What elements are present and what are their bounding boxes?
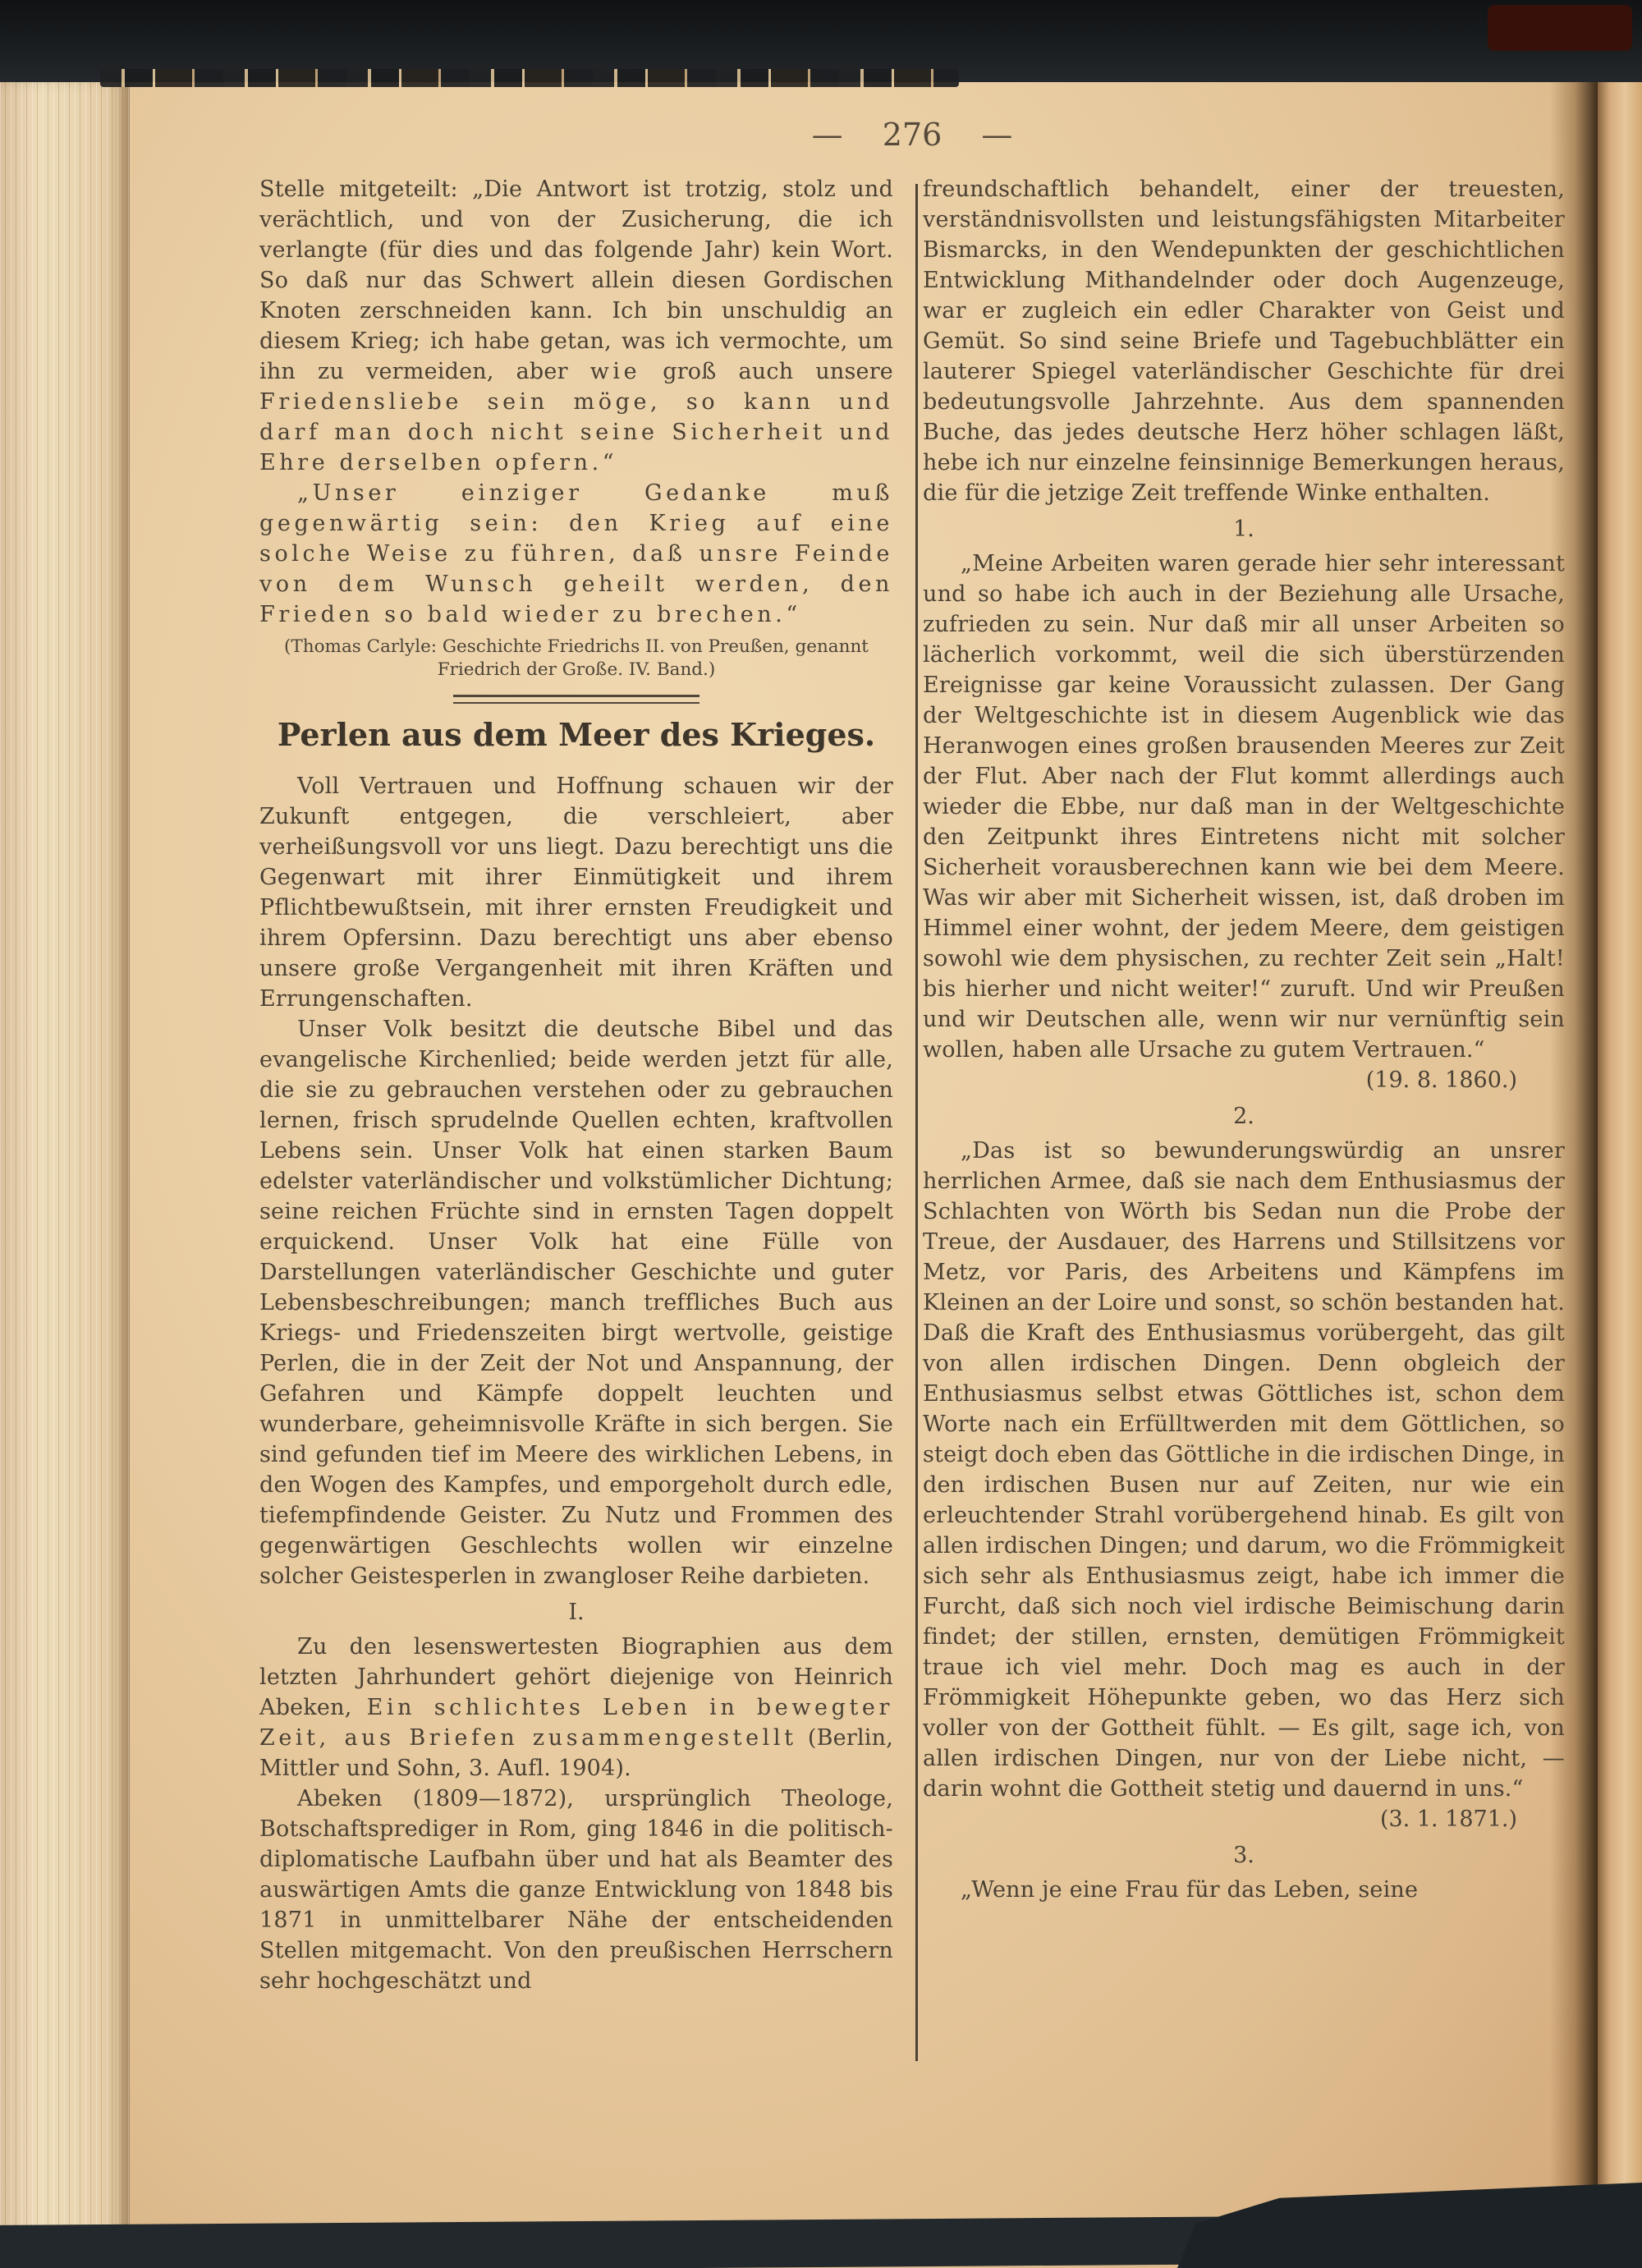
text-segment: „Meine Arbeiten waren gerade hier sehr i… (923, 551, 1565, 1063)
column-left: Stelle mitgeteilt: „Die Antwort ist trot… (259, 174, 893, 1996)
body-paragraph: „Wenn je eine Frau für das Leben, seine (923, 1875, 1565, 1905)
quote-date: (19. 8. 1860.) (923, 1065, 1565, 1095)
page-number: — 276 — (259, 117, 1565, 153)
text-segment: „Das ist so bewunderungswürdig an unsrer… (923, 1138, 1565, 1802)
column-divider-rule (915, 184, 918, 2061)
section-number: I. (259, 1600, 893, 1625)
cover-corner-topright (1488, 5, 1632, 51)
text-segment: Unser Volk besitzt die deutsche Bibel un… (259, 1017, 893, 1589)
section-number: 1. (923, 516, 1565, 542)
binding-band-bottom (0, 2216, 1322, 2268)
book-page-scan: — 276 — Stelle mitgeteilt: „Die Antwort … (0, 0, 1642, 2268)
section-divider-rule (453, 695, 699, 704)
quote-date: (3. 1. 1871.) (923, 1804, 1565, 1834)
page-sheet: — 276 — Stelle mitgeteilt: „Die Antwort … (0, 80, 1598, 2268)
text-segment: wie (590, 359, 641, 384)
body-paragraph: Stelle mitgeteilt: „Die Antwort ist trot… (259, 174, 893, 478)
body-paragraph: Unser Volk besitzt die deutsche Bibel un… (259, 1014, 893, 1591)
section-number: 2. (923, 1104, 1565, 1129)
text-segment: groß auch unsere (640, 359, 893, 384)
adjacent-page-edge (1596, 0, 1642, 2268)
body-paragraph: Abeken (1809—1872), ursprünglich Theolog… (259, 1784, 893, 1996)
text-segment: Voll Vertrauen und Hoffnung schauen wir … (259, 774, 893, 1012)
body-paragraph: freundschaftlich behandelt, einer der tr… (923, 174, 1565, 508)
gutter-shadow (1550, 80, 1598, 2268)
column-right: freundschaftlich behandelt, einer der tr… (923, 174, 1565, 1905)
article-title: Perlen aus dem Meer des Krieges. (259, 715, 893, 755)
text-segment: Friedensliebe sein möge, so kann und dar… (259, 389, 893, 475)
body-paragraph: Voll Vertrauen und Hoffnung schauen wir … (259, 771, 893, 1014)
page-stack-edge-left (0, 80, 130, 2268)
text-segment: Abeken (1809—1872), ursprünglich Theolog… (259, 1786, 893, 1994)
body-paragraph: „Das ist so bewunderungswürdig an unsrer… (923, 1136, 1565, 1804)
body-paragraph: „Meine Arbeiten waren gerade hier sehr i… (923, 549, 1565, 1065)
body-paragraph: „Unser einziger Gedanke muß gegenwärtig … (259, 478, 893, 630)
binding-debris-strip (100, 69, 959, 87)
section-number: 3. (923, 1843, 1565, 1868)
text-segment: freundschaftlich behandelt, einer der tr… (923, 177, 1565, 506)
text-segment: „Wenn je eine Frau für das Leben, seine (961, 1877, 1418, 1903)
body-paragraph: Zu den lesenswertesten Biographien aus d… (259, 1632, 893, 1784)
source-citation: (Thomas Carlyle: Geschichte Friedrichs I… (271, 636, 882, 682)
text-segment: Stelle mitgeteilt: „Die Antwort ist trot… (259, 177, 893, 384)
text-segment: „Unser einziger Gedanke muß gegenwärtig … (259, 480, 893, 627)
screenshot-root: { "page": { "number": "276", "number_dis… (0, 0, 1642, 2268)
